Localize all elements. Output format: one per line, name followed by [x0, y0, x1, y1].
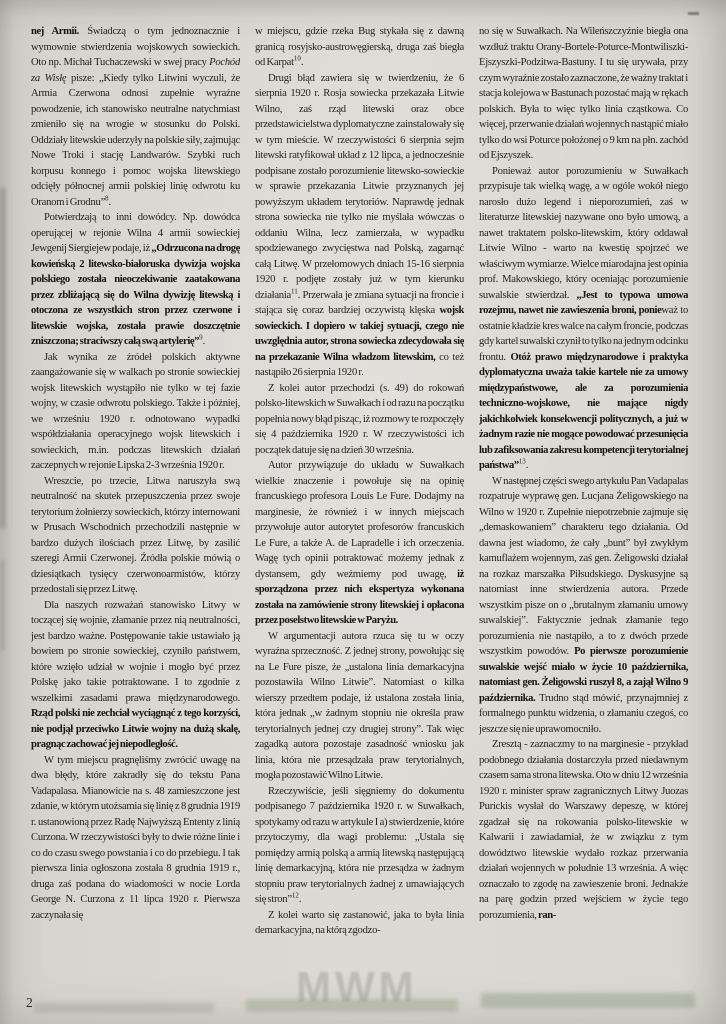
- paragraph: Zresztą - zaznaczmy to na marginesie - p…: [479, 737, 688, 923]
- paragraph: Dla naszych rozważań stanowisko Litwy w …: [31, 598, 240, 753]
- paragraph: Autor przywiązuje do układu w Suwałkach …: [255, 458, 464, 629]
- paragraph: Rzeczywiście, jeśli sięgniemy do dokumen…: [255, 784, 464, 908]
- paragraph: Jak wynika ze źródeł polskich aktywne za…: [31, 350, 240, 474]
- paragraph: Z kolei warto się zastanowić, jaka to by…: [255, 908, 464, 939]
- paragraph: W następnej części swego artykułu Pan Va…: [479, 474, 688, 738]
- paragraph: Potwierdzają to inni dowódcy. Np. dowódc…: [31, 210, 240, 350]
- paragraph: w miejscu, gdzie rzeka Bug stykała się z…: [255, 24, 464, 71]
- paragraph: Ponieważ autor porozumieniu w Suwałkach …: [479, 164, 688, 474]
- paragraph: no się w Suwałkach. Na Wileńszczyźnie bi…: [479, 24, 688, 164]
- scan-artifact-edge-streak: [1, 560, 5, 650]
- article-text: nej Armii. Świadczą o tym jednoznacznie …: [31, 24, 688, 1006]
- page-number: 2: [26, 995, 33, 1011]
- scan-artifact-edge-streak: [0, 188, 6, 528]
- scan-artifact-showthrough: [481, 993, 695, 1008]
- scan-artifact-showthrough: [34, 1003, 214, 1013]
- paragraph: Drugi błąd zawiera się w twierdzeniu, że…: [255, 71, 464, 381]
- paragraph: nej Armii. Świadczą o tym jednoznacznie …: [31, 24, 240, 210]
- paragraph: W argumentacji autora rzuca się tu w ocz…: [255, 629, 464, 784]
- text-column-1: nej Armii. Świadczą o tym jednoznacznie …: [31, 24, 240, 1006]
- scan-artifact-corner-mark: [688, 12, 699, 15]
- scanned-page: nej Armii. Świadczą o tym jednoznacznie …: [0, 0, 726, 1024]
- text-column-3: no się w Suwałkach. Na Wileńszczyźnie bi…: [479, 24, 688, 1006]
- scan-artifact-showthrough: [246, 999, 458, 1012]
- paragraph: Z kolei autor przechodzi (s. 49) do roko…: [255, 381, 464, 459]
- paragraph: W tym miejscu pragnęliśmy zwrócić uwagę …: [31, 753, 240, 924]
- paragraph: Wreszcie, po trzecie, Litwa naruszyła sw…: [31, 474, 240, 598]
- text-column-2: w miejscu, gdzie rzeka Bug stykała się z…: [255, 24, 464, 1006]
